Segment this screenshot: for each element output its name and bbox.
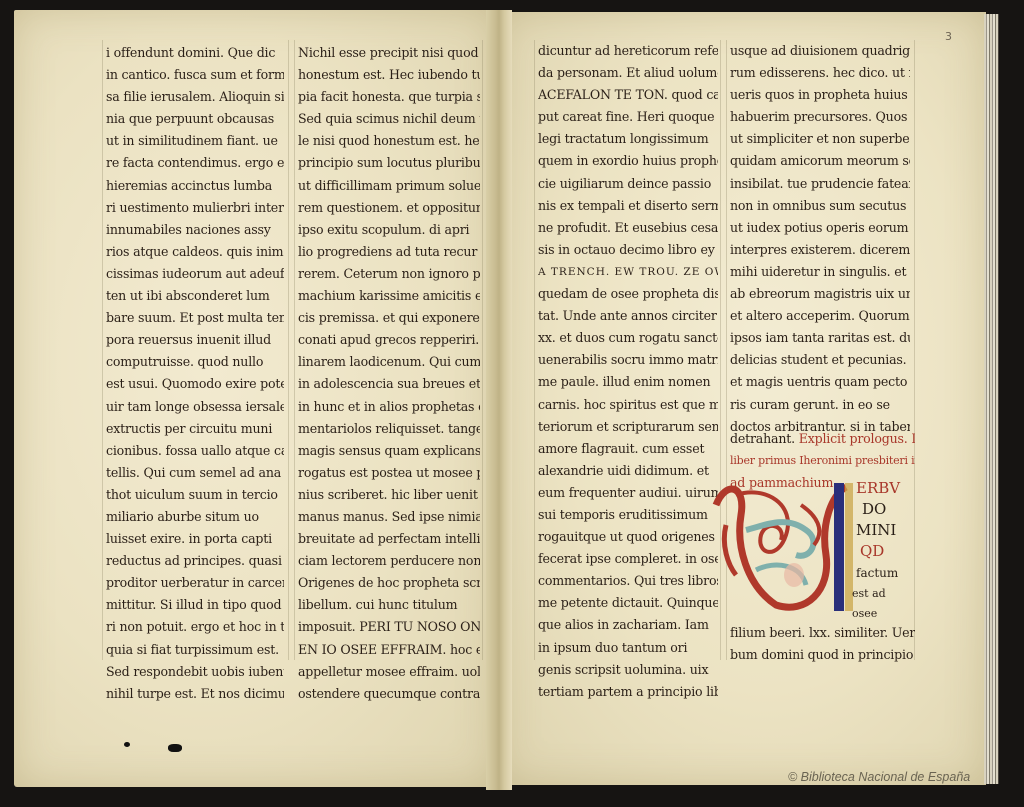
text-line: nius scriberet. hic liber uenit in	[298, 484, 480, 506]
text-line: EN IO OSEE EFFRAIM. hoc est quare	[298, 639, 480, 661]
text-line: alexandrie uidi didimum. et	[538, 460, 718, 482]
text-line: delicias student et pecunias.	[730, 349, 910, 371]
text-line: non in omnibus sum secutus	[730, 195, 910, 217]
text-line: bare suum. Et post multa tem	[106, 307, 284, 329]
text-line: rum edisserens. hec dico. ut no	[730, 62, 910, 84]
text-line: thot uiculum suum in tercio	[106, 484, 284, 506]
display-line: MINI	[856, 520, 912, 541]
text-line: et altero acceperim. Quorum et apud	[730, 305, 910, 327]
text-line: ut iudex potius operis eorum quam	[730, 217, 910, 239]
text-line: da personam. Et aliud uolumen	[538, 62, 718, 84]
text-line: commentarios. Qui tres libros	[538, 570, 718, 592]
manuscript-spread: i offendunt domini. Que dicin cantico. f…	[0, 0, 1024, 807]
text-line: ipsos iam tanta raritas est. dum omnes	[730, 327, 910, 349]
illuminated-initial-v	[706, 475, 856, 615]
text-line: Sed respondebit uobis iubente in	[106, 661, 284, 683]
text-line: Origenes de hoc propheta scripsit	[298, 572, 480, 594]
text-line: xx. et duos cum rogatu sancte et	[538, 327, 718, 349]
text-line: machium karissime amicitis ecclesi	[298, 285, 480, 307]
ruling-line	[914, 40, 915, 660]
text-line: carnis. hoc spiritus est que monas	[538, 394, 718, 416]
text-line: quem in exordio huius prophe	[538, 150, 718, 172]
text-line: principio sum locutus pluribus	[298, 152, 480, 174]
text-line: habuerim precursores. Quos tamen	[730, 106, 910, 128]
ruling-line	[102, 40, 103, 660]
text-line: tellis. Qui cum semel ad ana	[106, 462, 284, 484]
text-line: eum frequenter audiui. uirum	[538, 482, 718, 504]
rubric-lead-text: detrahant.	[730, 431, 795, 446]
after-initial-text: filium beeri. lxx. similiter. Uer bum do…	[730, 622, 915, 666]
ink-blot	[124, 742, 130, 747]
text-line: Sed quia scimus nichil deum uel	[298, 108, 480, 130]
text-line: i offendunt domini. Que dic	[106, 42, 284, 64]
text-line: que alios in zachariam. Iam	[538, 614, 718, 636]
left-column-1: i offendunt domini. Que dicin cantico. f…	[106, 42, 284, 705]
text-line: lio progrediens ad tuta recur	[298, 241, 480, 263]
text-line: legi tractatum longissimum	[538, 128, 718, 150]
ink-blot	[168, 744, 182, 752]
text-line: ne profudit. Et eusebius cesarien	[538, 217, 718, 239]
text-line: ut difficillimam primum solue	[298, 175, 480, 197]
text-line: bum domini quod in principio	[730, 644, 915, 666]
text-line: in adolescencia sua breues et	[298, 373, 480, 395]
text-line: rogatus est postea ut mosee ple	[298, 462, 480, 484]
page-edges	[984, 14, 999, 784]
text-line: A TRENCH. EW TROU. ZE OWE.	[538, 261, 718, 283]
text-line: ipso exitu scopulum. di apri	[298, 219, 480, 241]
text-line: nis ex tempali et diserto sermo	[538, 195, 718, 217]
text-line: rogauitque ut quod origenes non	[538, 526, 718, 548]
text-line: ueris quos in propheta huius ei po	[730, 84, 910, 106]
text-line: nia que perpuunt obcausas	[106, 108, 284, 130]
text-line: fecerat ipse compleret. in osee	[538, 548, 718, 570]
text-line: ut simpliciter et non superbe sicut	[730, 128, 910, 150]
text-line: ab ebreorum magistris uix uno	[730, 283, 910, 305]
text-line: extructis per circuitu muni	[106, 418, 284, 440]
text-line: dicuntur ad hereticorum referen	[538, 40, 718, 62]
rubric-line: liber primus Iheronimi presbiteri in ose…	[730, 450, 915, 472]
text-line: ri uestimento mulierbri inter	[106, 197, 284, 219]
book-gutter	[486, 10, 512, 790]
text-line: me paule. illud enim nomen	[538, 371, 718, 393]
text-line: in cantico. fusca sum et formo	[106, 64, 284, 86]
text-line: interpres existerem. diceremque quod	[730, 239, 910, 261]
text-line: in hunc et in alios prophetas com	[298, 396, 480, 418]
text-line: sis in octauo decimo libro ey	[538, 239, 718, 261]
text-line: quia si fiat turpissimum est.	[106, 639, 284, 661]
text-line: imposuit. PERI TU NOSO ON	[298, 616, 480, 638]
text-line: filium beeri. lxx. similiter. Uer	[730, 622, 915, 644]
text-line: est usui. Quomodo exire poterat	[106, 373, 284, 395]
text-line: pia facit honesta. que turpia sunt.	[298, 86, 480, 108]
text-line: cie uigiliarum deince passio	[538, 173, 718, 195]
text-line: proditor uerberatur in carcere	[106, 572, 284, 594]
text-line: reductus ad principes. quasi	[106, 550, 284, 572]
text-line: magis sensus quam explicans.	[298, 440, 480, 462]
text-line: re facta contendimus. ergo et	[106, 152, 284, 174]
text-line: miliario aburbe situm uo	[106, 506, 284, 528]
text-line: usque ad diuisionem quadriga	[730, 40, 910, 62]
text-line: linarem laodicenum. Qui cum	[298, 351, 480, 373]
text-line: put careat fine. Heri quoque	[538, 106, 718, 128]
text-line: ACEFALON TE TON. quod ca	[538, 84, 718, 106]
text-line: le nisi quod honestum est. hec in	[298, 130, 480, 152]
text-line: sui temporis eruditissimum	[538, 504, 718, 526]
text-line: breuitate ad perfectam intelligen	[298, 528, 480, 550]
display-line: ERBV	[856, 478, 912, 499]
rubric-explicit: Explicit prologus. Incipit	[799, 431, 915, 446]
display-line: DO	[856, 499, 912, 520]
text-line: mihi uideretur in singulis. et quid	[730, 261, 910, 283]
ruling-line	[294, 40, 295, 660]
text-line: uenerabilis socru immo matris	[538, 349, 718, 371]
text-line: ciam lectorem perducere non potest.	[298, 550, 480, 572]
text-line: libellum. cui hunc titulum	[298, 594, 480, 616]
folio-number: 3	[945, 30, 952, 43]
left-column-2: Nichil esse precipit nisi quodhonestum e…	[298, 42, 480, 705]
text-line: rerem. Ceterum non ignoro pa	[298, 263, 480, 285]
text-line: ri non potuit. ergo et hoc in typo.	[106, 616, 284, 638]
text-line: cis premissa. et qui exponere sunt	[298, 307, 480, 329]
copyright-notice: © Biblioteca Nacional de España	[788, 770, 970, 784]
text-line: cionibus. fossa uallo atque cas	[106, 440, 284, 462]
text-line: hieremias accinctus lumba	[106, 175, 284, 197]
text-line: ten ut ibi absconderet lum	[106, 285, 284, 307]
text-line: mittitur. Si illud in tipo quod fie	[106, 594, 284, 616]
text-line: et magis uentris quam pecto	[730, 371, 910, 393]
text-line: rios atque caldeos. quis inim	[106, 241, 284, 263]
text-line: tat. Unde ante annos circiter	[538, 305, 718, 327]
text-line: ut in similitudinem fiant. ue	[106, 130, 284, 152]
text-line: ostendere quecumque contra eum	[298, 683, 480, 705]
display-line: QD	[856, 541, 912, 562]
right-column-2: usque ad diuisionem quadrigarum edissere…	[730, 40, 910, 440]
text-line: appelletur mosee effraim. uolens	[298, 661, 480, 683]
text-line: quidam amicorum meorum semper	[730, 150, 910, 172]
text-line: uir tam longe obsessa iersalem	[106, 396, 284, 418]
text-line: in ipsum duo tantum ori	[538, 637, 718, 659]
illuminated-initial-icon	[706, 475, 856, 615]
text-line: tertiam partem a principio libri	[538, 681, 718, 703]
text-line: ris curam gerunt. in eo se	[730, 394, 910, 416]
text-line: innumabiles naciones assy	[106, 219, 284, 241]
text-line: teriorum et scripturarum semper	[538, 416, 718, 438]
initial-display-letters: ERBV DO MINI QD factum est ad osee	[856, 478, 912, 624]
text-line: conati apud grecos repperiri. apol	[298, 329, 480, 351]
text-line: amore flagrauit. cum esset	[538, 438, 718, 460]
text-line: luisset exire. in porta capti	[106, 528, 284, 550]
text-line: insibilat. tue prudencie fatear.	[730, 173, 910, 195]
right-column-1: dicuntur ad hereticorum referenda person…	[538, 40, 718, 703]
text-line: honestum est. Hec iubendo tur	[298, 64, 480, 86]
text-line: sa filie ierusalem. Alioquin si om	[106, 86, 284, 108]
text-line: Nichil esse precipit nisi quod	[298, 42, 480, 64]
text-line: manus manus. Sed ipse nimia	[298, 506, 480, 528]
text-line: rem questionem. et oppositum in	[298, 197, 480, 219]
text-line: genis scripsit uolumina. uix	[538, 659, 718, 681]
ruling-line	[482, 40, 483, 660]
text-line: mentariolos reliquisset. tangens	[298, 418, 480, 440]
text-line: quedam de osee propheta dispu	[538, 283, 718, 305]
text-line: me petente dictauit. Quinque	[538, 592, 718, 614]
ruling-line	[534, 40, 535, 660]
text-line: cissimas iudeorum aut adeufra	[106, 263, 284, 285]
text-line: nihil turpe est. Et nos dicimus	[106, 683, 284, 705]
after-initial-line: est ad osee	[852, 584, 912, 624]
ruling-line	[288, 40, 289, 660]
after-initial-line: factum	[856, 562, 912, 584]
text-line: pora reuersus inuenit illud	[106, 329, 284, 351]
text-line: computruisse. quod nullo	[106, 351, 284, 373]
